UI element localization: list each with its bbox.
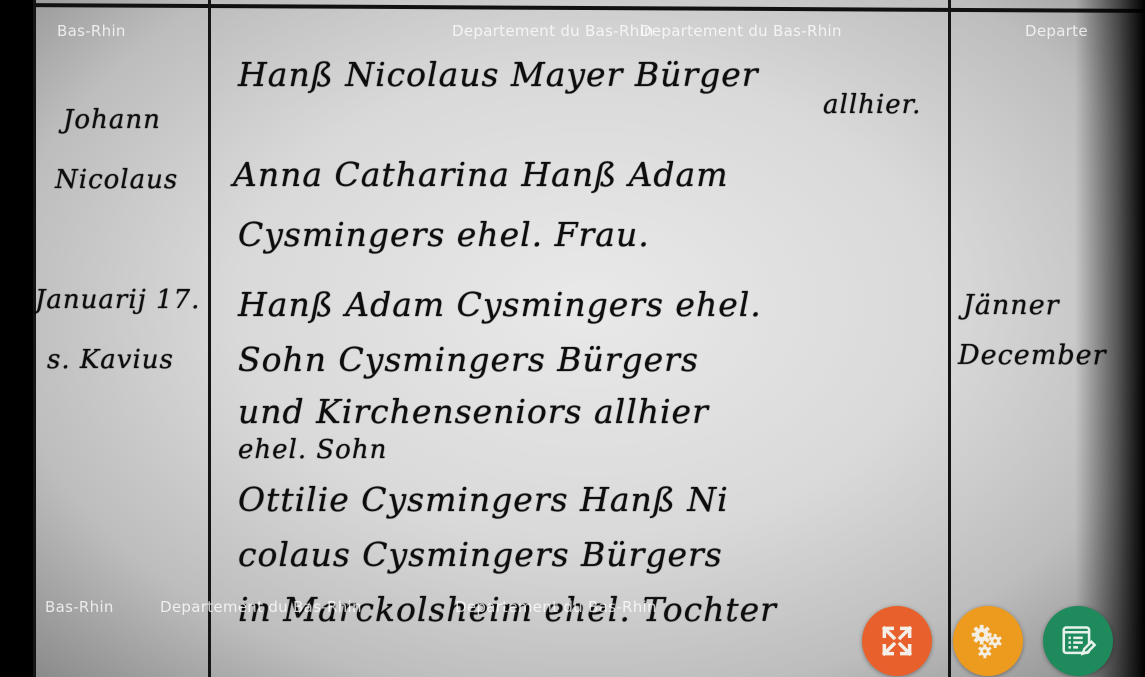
watermark: Departe bbox=[1025, 22, 1088, 40]
register-scan[interactable]: Johann Nicolaus Januarij 17. s. Kavius H… bbox=[33, 0, 1145, 677]
watermark: Bas-Rhin bbox=[57, 22, 126, 40]
watermark: Departement du Bas-Rhin bbox=[160, 598, 362, 616]
column-divider bbox=[33, 0, 36, 677]
watermark: Departement du Bas-Rhin bbox=[640, 22, 842, 40]
left-column-line: s. Kavius bbox=[47, 345, 174, 375]
left-column-line: Nicolaus bbox=[55, 165, 178, 195]
notes-edit-icon bbox=[1059, 622, 1097, 660]
main-line: Anna Catharina Hanß Adam bbox=[233, 155, 729, 194]
main-line: Hanß Adam Cysmingers ehel. bbox=[238, 285, 762, 324]
column-divider bbox=[208, 0, 211, 677]
ruled-line bbox=[33, 3, 1145, 13]
main-line: ehel. Sohn bbox=[238, 435, 387, 465]
settings-button[interactable] bbox=[953, 606, 1023, 676]
main-line: und Kirchenseniors allhier bbox=[238, 392, 709, 431]
watermark: Departement du Bas-Rhin bbox=[455, 598, 657, 616]
right-column-line: Jänner bbox=[963, 290, 1060, 321]
image-viewer[interactable]: Johann Nicolaus Januarij 17. s. Kavius H… bbox=[0, 0, 1145, 677]
expand-icon bbox=[878, 622, 916, 660]
watermark: Departement du Bas-Rhin bbox=[452, 22, 654, 40]
left-column-line: Johann bbox=[63, 105, 161, 135]
main-line: allhier. bbox=[823, 90, 921, 120]
main-line: Cysmingers ehel. Frau. bbox=[238, 215, 650, 254]
column-divider bbox=[948, 0, 951, 677]
gears-icon bbox=[969, 622, 1007, 660]
notes-button[interactable] bbox=[1043, 606, 1113, 676]
fullscreen-button[interactable] bbox=[862, 606, 932, 676]
main-line: Hanß Nicolaus Mayer Bürger bbox=[238, 55, 759, 94]
main-line: colaus Cysmingers Bürgers bbox=[238, 535, 723, 574]
main-line: Ottilie Cysmingers Hanß Ni bbox=[238, 480, 729, 519]
left-column-line: Januarij 17. bbox=[35, 285, 200, 315]
right-column-line: December bbox=[958, 340, 1107, 371]
watermark: Bas-Rhin bbox=[45, 598, 114, 616]
main-line: Sohn Cysmingers Bürgers bbox=[238, 340, 699, 379]
